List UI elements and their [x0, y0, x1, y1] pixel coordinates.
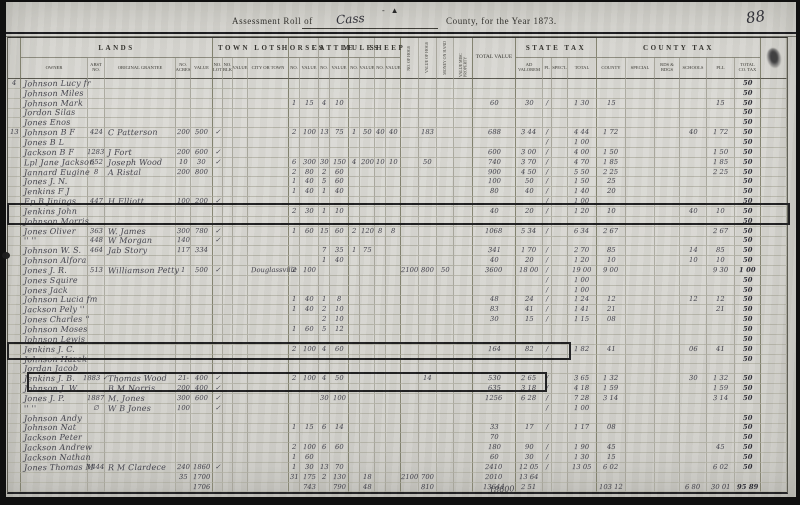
- handwritten-entry: 50: [743, 256, 753, 265]
- cell-roads-bridges: [655, 187, 680, 197]
- cell-cattle-value: [330, 217, 349, 227]
- cell-lot-value: [233, 177, 248, 187]
- cell-lot-value: [233, 256, 248, 266]
- cell-horses-value: 60: [300, 453, 319, 463]
- cell-sheep-value: [386, 99, 401, 109]
- cell-misc-value: [454, 483, 473, 493]
- cell-horses-value: [300, 394, 319, 404]
- cell-state-total: [568, 217, 597, 227]
- cell-no-acres: [176, 424, 191, 434]
- cell-state-special: [552, 463, 568, 473]
- cell-cattle-no: 1: [319, 187, 330, 197]
- handwritten-entry: /: [546, 394, 548, 403]
- cell-total-value: 180: [473, 443, 516, 453]
- cell-county-total: [735, 473, 761, 483]
- cell-state-ad-valorem: [516, 355, 543, 365]
- cell-money: [437, 286, 454, 296]
- cell-state-ad-valorem: 20: [516, 207, 543, 217]
- handwritten-entry: 150: [332, 158, 345, 167]
- handwritten-entry: 1: [322, 295, 326, 304]
- cell-misc-value: [454, 118, 473, 128]
- cell-mules-value: [360, 187, 375, 197]
- cell-original-grantee: [105, 443, 176, 453]
- column-header-county-special: Special: [626, 58, 655, 79]
- cell-lot-value: [233, 128, 248, 138]
- cell-stamp-col: [761, 237, 787, 247]
- cell-hogs-value: [419, 99, 437, 109]
- cell-cattle-no: 30: [319, 158, 330, 168]
- cell-hogs-no: [401, 128, 419, 138]
- cell-mules-no: [349, 79, 360, 89]
- cell-city-or-town: [248, 335, 289, 345]
- cell-block-no: [223, 197, 233, 207]
- cell-no-acres: 200: [176, 128, 191, 138]
- cell-state-special: [552, 109, 568, 119]
- cell-mules-no: [349, 207, 360, 217]
- cell-sheep-value: [386, 118, 401, 128]
- cell-sheep-value: [386, 483, 401, 493]
- handwritten-entry: Johnson W. S.: [24, 246, 81, 256]
- cell-county-special: [626, 79, 655, 89]
- cell-mules-value: [360, 89, 375, 99]
- handwritten-entry: 300: [176, 227, 189, 236]
- cell-state-total: 4 00: [568, 148, 597, 158]
- cell-horses-no: 1: [289, 187, 300, 197]
- handwritten-entry: 1: [292, 227, 296, 236]
- cell-lot-no: [213, 305, 223, 315]
- cell-roads-bridges: [655, 315, 680, 325]
- cell-stamp-col: [761, 453, 787, 463]
- cell-hogs-no: [401, 414, 419, 424]
- cell-money: [437, 345, 454, 355]
- cell-county-schools: 6 80: [680, 483, 707, 493]
- title-prefix: Assessment Roll of: [232, 16, 313, 26]
- cell-state-ad-valorem: [516, 276, 543, 286]
- handwritten-entry: 50: [743, 374, 753, 383]
- cell-misc-value: [454, 355, 473, 365]
- handwritten-entry: 50: [525, 177, 534, 186]
- row-owner: Lpl Jane Jackson: [21, 158, 88, 168]
- handwritten-entry: 780: [195, 227, 208, 236]
- cell-lot-value: [233, 237, 248, 247]
- cell-stamp-col: [761, 335, 787, 345]
- cell-land-value: [191, 118, 213, 128]
- handwritten-entry: Jenkins John: [24, 207, 77, 217]
- cell-hogs-value: [419, 305, 437, 315]
- cell-hogs-no: [401, 237, 419, 247]
- ledger-paper: Assessment Roll of Cass - ▲ County, for …: [6, 2, 796, 497]
- cell-stamp-col: [761, 296, 787, 306]
- handwritten-entry: 5: [322, 177, 326, 186]
- cell-lot-value: [233, 483, 248, 493]
- handwritten-entry: 1700: [193, 473, 210, 482]
- cell-stamp-col: [761, 138, 787, 148]
- cell-mules-value: [360, 433, 375, 443]
- cell-money: [437, 433, 454, 443]
- cell-county: 9 00: [597, 266, 626, 276]
- cell-money: [437, 443, 454, 453]
- cell-state-poll: /: [543, 158, 552, 168]
- handwritten-entry: 6 80: [685, 482, 700, 491]
- cell-horses-no: [289, 109, 300, 119]
- cell-city-or-town: [248, 463, 289, 473]
- cell-horses-no: [289, 276, 300, 286]
- cell-block-no: [223, 207, 233, 217]
- column-header-sheep-value: Value: [386, 58, 401, 79]
- cell-cattle-value: 10: [330, 305, 349, 315]
- cell-county-schools: [680, 168, 707, 178]
- handwritten-entry: 50: [743, 394, 753, 403]
- cell-sheep-no: [375, 148, 386, 158]
- handwritten-entry: Jenkins J. C.: [24, 344, 75, 354]
- cell-county-poll: [707, 89, 735, 99]
- cell-lot-value: [233, 138, 248, 148]
- cell-county-schools: [680, 227, 707, 237]
- cell-hogs-value: [419, 177, 437, 187]
- cell-abst-no: [88, 414, 105, 424]
- handwritten-entry: 80: [490, 187, 499, 196]
- cell-sheep-no: [375, 168, 386, 178]
- handwritten-entry: 1 24: [574, 295, 589, 304]
- cell-mules-no: 1: [349, 246, 360, 256]
- cell-total-value: 740: [473, 158, 516, 168]
- cell-abst-no: 424: [88, 128, 105, 138]
- cell-horses-value: 100: [300, 443, 319, 453]
- cell-cattle-value: 60: [330, 443, 349, 453]
- cell-county-poll: 10: [707, 207, 735, 217]
- cell-roads-bridges: [655, 138, 680, 148]
- cell-roads-bridges: [655, 168, 680, 178]
- cell-margin: [8, 384, 21, 394]
- handwritten-entry: 1706: [193, 482, 210, 491]
- handwritten-entry: 50: [363, 128, 372, 137]
- cell-abst-no: [88, 424, 105, 434]
- cell-land-value: [191, 414, 213, 424]
- cell-county-total: 50: [735, 384, 761, 394]
- handwritten-entry: 10: [389, 158, 398, 167]
- cell-county: [597, 473, 626, 483]
- column-header-horses-no: No.: [289, 58, 300, 79]
- cell-state-special: [552, 453, 568, 463]
- handwritten-entry: 70: [490, 433, 499, 442]
- cell-land-value: [191, 296, 213, 306]
- cell-horses-no: [289, 335, 300, 345]
- handwritten-entry: 50: [743, 79, 753, 88]
- cell-state-ad-valorem: 12 05: [516, 463, 543, 473]
- cell-lot-no: [213, 286, 223, 296]
- cell-cattle-no: 4: [319, 374, 330, 384]
- cell-roads-bridges: [655, 276, 680, 286]
- cell-city-or-town: [248, 315, 289, 325]
- handwritten-entry: Jackson B F: [24, 148, 74, 158]
- cell-mules-value: [360, 138, 375, 148]
- cell-city-or-town: [248, 128, 289, 138]
- cell-original-grantee: Jab Story: [105, 246, 176, 256]
- handwritten-entry: ✓: [215, 463, 221, 472]
- cell-county-poll: 1 32: [707, 374, 735, 384]
- cell-cattle-value: 100: [330, 394, 349, 404]
- cell-lot-no: [213, 473, 223, 483]
- handwritten-entry: 9 00: [603, 266, 618, 275]
- cell-hogs-no: [401, 463, 419, 473]
- handwritten-entry: 2410: [485, 463, 502, 472]
- handwritten-entry: 6 02: [713, 463, 728, 472]
- cell-misc-value: [454, 453, 473, 463]
- handwritten-entry: 180: [487, 443, 500, 452]
- handwritten-entry: 2: [292, 345, 296, 354]
- row-owner: Ep B Jinings: [21, 197, 88, 207]
- handwritten-entry: 1887: [87, 394, 104, 403]
- cell-horses-value: 100: [300, 128, 319, 138]
- cell-margin: [8, 433, 21, 443]
- cell-cattle-value: 12: [330, 325, 349, 335]
- handwritten-entry: 1 70: [521, 246, 536, 255]
- cell-roads-bridges: [655, 305, 680, 315]
- cell-hogs-no: [401, 187, 419, 197]
- cell-mules-value: [360, 424, 375, 434]
- handwritten-entry: 1 15: [574, 315, 589, 324]
- cell-original-grantee: [105, 276, 176, 286]
- cell-original-grantee: [105, 79, 176, 89]
- cell-lot-no: [213, 424, 223, 434]
- cell-sheep-value: [386, 168, 401, 178]
- handwritten-entry: 30: [305, 463, 314, 472]
- cell-land-value: [191, 335, 213, 345]
- cell-cattle-value: 70: [330, 463, 349, 473]
- handwritten-entry: 50: [743, 217, 753, 226]
- cell-county-poll: 10: [707, 256, 735, 266]
- cell-hogs-value: 810: [419, 483, 437, 493]
- row-owner: Jordan Jacob: [21, 364, 88, 374]
- cell-state-poll: [543, 473, 552, 483]
- cell-misc-value: [454, 79, 473, 89]
- cell-misc-value: [454, 237, 473, 247]
- cell-hogs-value: [419, 237, 437, 247]
- cell-hogs-value: [419, 187, 437, 197]
- cell-no-acres: [176, 483, 191, 493]
- cell-lot-value: [233, 424, 248, 434]
- cell-hogs-value: [419, 414, 437, 424]
- cell-sheep-no: [375, 404, 386, 414]
- handwritten-entry: 1: [292, 423, 296, 432]
- cell-city-or-town: [248, 414, 289, 424]
- cell-horses-no: [289, 79, 300, 89]
- handwritten-entry: 45: [607, 443, 616, 452]
- cell-abst-no: [88, 89, 105, 99]
- cell-misc-value: [454, 246, 473, 256]
- cell-land-value: [191, 305, 213, 315]
- handwritten-entry: /: [546, 295, 548, 304]
- handwritten-entry: ✓: [215, 384, 221, 393]
- cell-mules-no: [349, 483, 360, 493]
- cell-original-grantee: [105, 315, 176, 325]
- cell-city-or-town: [248, 345, 289, 355]
- cell-city-or-town: [248, 227, 289, 237]
- cell-horses-no: 2: [289, 374, 300, 384]
- cell-lot-value: [233, 414, 248, 424]
- cell-hogs-value: [419, 404, 437, 414]
- cell-hogs-no: [401, 89, 419, 99]
- cell-hogs-no: [401, 483, 419, 493]
- cell-county-special: [626, 128, 655, 138]
- cell-lot-no: ✓: [213, 148, 223, 158]
- cell-stamp-col: [761, 414, 787, 424]
- handwritten-entry: 60: [335, 345, 344, 354]
- cell-stamp-col: [761, 177, 787, 187]
- cell-county: [597, 404, 626, 414]
- column-header-mules-no: No.: [349, 58, 360, 79]
- handwritten-entry: 30: [525, 99, 534, 108]
- cell-money: [437, 207, 454, 217]
- cell-original-grantee: R M Clardece: [105, 463, 176, 473]
- handwritten-entry: '' '': [24, 404, 36, 413]
- cell-money: [437, 394, 454, 404]
- handwritten-entry: 40: [389, 128, 398, 137]
- handwritten-entry: Johnson Lucy fr: [24, 79, 91, 89]
- cell-roads-bridges: [655, 148, 680, 158]
- cell-state-ad-valorem: 18 00: [516, 266, 543, 276]
- cell-county-schools: [680, 148, 707, 158]
- cell-money: [437, 335, 454, 345]
- column-header-horses-value: Value: [300, 58, 319, 79]
- cell-hogs-no: [401, 99, 419, 109]
- cell-sheep-no: 10: [375, 158, 386, 168]
- cell-state-special: [552, 286, 568, 296]
- cell-county-special: [626, 197, 655, 207]
- cell-stamp-col: [761, 217, 787, 227]
- cell-block-no: [223, 443, 233, 453]
- cell-block-no: [223, 473, 233, 483]
- cell-lot-no: [213, 433, 223, 443]
- cell-abst-no: [88, 118, 105, 128]
- column-header-county-schools: Schools: [680, 58, 707, 79]
- cell-margin: [8, 187, 21, 197]
- cell-state-poll: /: [543, 374, 552, 384]
- cell-city-or-town: [248, 384, 289, 394]
- cell-lot-value: [233, 374, 248, 384]
- cell-money: [437, 187, 454, 197]
- cell-hogs-no: [401, 325, 419, 335]
- cell-abst-no: 447: [88, 197, 105, 207]
- cell-misc-value: [454, 109, 473, 119]
- cell-roads-bridges: [655, 79, 680, 89]
- cell-sheep-value: [386, 109, 401, 119]
- handwritten-entry: 15: [305, 423, 314, 432]
- cell-state-total: 13 05: [568, 463, 597, 473]
- cell-sheep-value: [386, 177, 401, 187]
- cell-mules-value: [360, 266, 375, 276]
- handwritten-entry: 100: [302, 374, 315, 383]
- cell-county-total: 50: [735, 237, 761, 247]
- cell-state-total: [568, 118, 597, 128]
- handwritten-entry: 1256: [485, 394, 502, 403]
- handwritten-entry: 30: [305, 207, 314, 216]
- cell-cattle-value: 50: [330, 374, 349, 384]
- cell-county: 10: [597, 207, 626, 217]
- cell-state-ad-valorem: [516, 89, 543, 99]
- cell-no-acres: 100: [176, 404, 191, 414]
- column-header-city-or-town: CITY or TOWN: [248, 58, 289, 79]
- cell-block-no: [223, 404, 233, 414]
- cell-stamp-col: [761, 89, 787, 99]
- cell-county-total: 50: [735, 148, 761, 158]
- cell-county: [597, 364, 626, 374]
- cell-city-or-town: [248, 158, 289, 168]
- handwritten-entry: 1 85: [603, 158, 618, 167]
- cell-county-total: 50: [735, 79, 761, 89]
- cell-abst-no: [88, 305, 105, 315]
- cell-mules-no: [349, 286, 360, 296]
- cell-city-or-town: [248, 483, 289, 493]
- cell-state-poll: /: [543, 384, 552, 394]
- cell-hogs-no: [401, 345, 419, 355]
- cell-mules-no: [349, 148, 360, 158]
- cell-county-special: [626, 246, 655, 256]
- cell-state-poll: /: [543, 296, 552, 306]
- handwritten-entry: 8: [94, 167, 98, 176]
- cell-state-special: [552, 384, 568, 394]
- cell-no-acres: [176, 335, 191, 345]
- cell-state-total: 4 44: [568, 128, 597, 138]
- cell-original-grantee: Thomas Wood: [105, 374, 176, 384]
- cell-sheep-value: [386, 148, 401, 158]
- handwritten-entry: 1: [322, 207, 326, 216]
- column-group-col: [8, 38, 21, 79]
- handwritten-entry: 700: [421, 473, 434, 482]
- handwritten-entry: 50: [743, 315, 753, 324]
- handwritten-entry: 4: [322, 345, 326, 354]
- handwritten-entry: 1: [292, 295, 296, 304]
- handwritten-entry: /: [546, 168, 548, 177]
- handwritten-entry: Johnson Andy: [24, 413, 82, 423]
- cell-misc-value: [454, 414, 473, 424]
- cell-margin: [8, 483, 21, 493]
- handwritten-entry: /: [546, 315, 548, 324]
- cell-county-total: 1 00: [735, 266, 761, 276]
- cell-county-special: [626, 394, 655, 404]
- handwritten-entry: 50: [743, 345, 753, 354]
- cell-cattle-no: [319, 109, 330, 119]
- cell-roads-bridges: [655, 364, 680, 374]
- cell-hogs-value: [419, 355, 437, 365]
- row-owner: Jackson Peter: [21, 433, 88, 443]
- handwritten-entry: 13 64: [519, 473, 539, 482]
- cell-cattle-no: [319, 355, 330, 365]
- column-group-town-lots: TOWN LOTS: [213, 38, 289, 58]
- handwritten-entry: 50: [335, 374, 344, 383]
- cell-county: [597, 138, 626, 148]
- cell-horses-value: [300, 246, 319, 256]
- cell-stamp-col: [761, 345, 787, 355]
- handwritten-entry: /: [546, 374, 548, 383]
- cell-money: [437, 276, 454, 286]
- cell-city-or-town: [248, 79, 289, 89]
- cell-hogs-value: [419, 394, 437, 404]
- handwritten-entry: 1 00: [574, 404, 589, 413]
- cell-horses-value: [300, 256, 319, 266]
- cell-mules-value: 18: [360, 473, 375, 483]
- cell-cattle-value: [330, 335, 349, 345]
- cell-roads-bridges: [655, 473, 680, 483]
- cell-mules-no: [349, 217, 360, 227]
- handwritten-entry: 600: [195, 148, 208, 157]
- handwritten-entry: 20: [525, 256, 534, 265]
- cell-sheep-no: [375, 473, 386, 483]
- cell-county-special: [626, 256, 655, 266]
- handwritten-entry: 688: [487, 128, 500, 137]
- handwritten-entry: 50: [743, 295, 753, 304]
- cell-city-or-town: [248, 364, 289, 374]
